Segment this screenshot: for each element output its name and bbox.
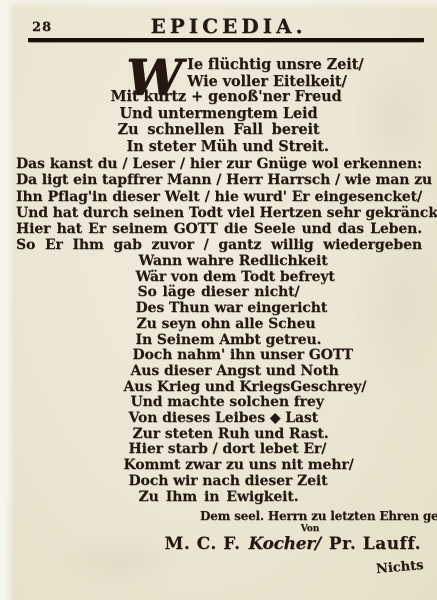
poem-line: Wär von dem Todt befreyt [136, 270, 302, 286]
poem-line: So Er Ihm gab zuvor / gantz willig wiede… [16, 237, 422, 253]
poem-line: Hier starb / dort lebet Er/ [129, 442, 309, 458]
poem-stanza-3: Wann wahre Redlichkeit Wär von dem Todt … [0, 254, 437, 505]
poem-line: Des Thun war eingericht [136, 301, 302, 317]
poem-line: In steter Müh und Streit. [127, 139, 311, 156]
poem-line: Ie flüchtig unsre Zeit/ [187, 56, 337, 73]
poem-line: Doch wir nach dieser Zeit [129, 474, 309, 490]
poem-line: Von dieses Leibes ◆ Last [129, 411, 309, 427]
poem-line: Zu seyn ohn alle Scheu [137, 317, 301, 333]
poem-line: Doch nahm' ihn unser GOTT [133, 348, 305, 364]
poem-line: Aus Krieg und KriegsGeschrey/ [124, 380, 314, 396]
header-rule [28, 38, 424, 42]
poem-line: Da ligt ein tapffrer Mann / Herr Harrsch… [16, 172, 422, 188]
poem-line: Zur steten Ruh und Rast. [133, 427, 305, 443]
author-initials: M. C. F. [165, 534, 241, 554]
poem-line: Und hat durch seinen Todt viel Hertzen s… [16, 205, 422, 221]
poem-stanza-2: Das kanst du / Leser / hier zur Gnüge wo… [16, 156, 422, 254]
author-title: Pr. Lauff. [329, 534, 421, 554]
poem-line: In Seinem Ambt getreu. [136, 333, 302, 349]
poem-line: Zu schnellen Fall bereit [118, 122, 320, 139]
poem-line: Kommt zwar zu uns nit mehr/ [124, 458, 314, 474]
poem-stanza-1: Mit kurtz + genoß'ner Freud Und untermen… [0, 89, 437, 155]
poem-line: Und untermengtem Leid [120, 106, 318, 123]
poem-line: Wann wahre Redlichkeit [139, 254, 299, 270]
catchword: Nichts [375, 558, 424, 577]
author-surname: Kocher/ [246, 534, 322, 554]
poem-line: Und machte solchen frey [131, 395, 307, 411]
poem-line: Ihn Pflag'in dieser Welt / hie wurd' Er … [16, 189, 422, 205]
book-page: 28 EPICEDIA. W Ie flüchtig unsre Zeit/ W… [0, 0, 437, 600]
poem-line: Mit kurtz + genoß'ner Freud [111, 89, 327, 106]
poem-line: Hier hat Er seinem GOTT die Seele und da… [16, 221, 422, 237]
page-title: EPICEDIA. [0, 14, 437, 38]
poem-line: Aus dieser Angst und Noth [131, 364, 307, 380]
poem-line: Das kanst du / Leser / hier zur Gnüge wo… [16, 156, 422, 172]
poem-line: So läge dieser nicht/ [138, 285, 300, 301]
author-line: M. C. F. Kocher/ Pr. Lauff. [165, 534, 422, 554]
dedication-line: Dem seel. Herrn zu letzten Ehren gesetzt [200, 509, 422, 523]
poem-line: Zu Ihm in Ewigkeit. [139, 490, 299, 506]
byline-von: Von [298, 524, 322, 534]
